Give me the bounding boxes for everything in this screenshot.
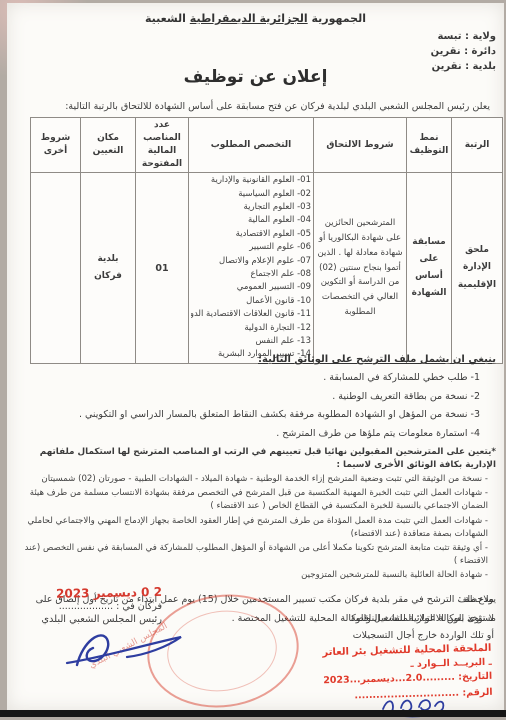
note-heading: ملاحظة :	[351, 591, 494, 608]
republic-heading: الجمهورية الجزائرية الديمقراطية الشعبية	[7, 12, 504, 25]
document-page: الجمهورية الجزائرية الديمقراطية الشعبية …	[7, 3, 504, 710]
signature-block: 2 0 ديسمبر 2023 فركان في : .............…	[37, 586, 162, 625]
admission-conditions-cell: المترشحين الحائزين على شهادة البكالوريا …	[314, 173, 407, 364]
announcement-title: إعلان عن توظيف	[7, 67, 504, 87]
header-other-conditions: شروط أخرى	[31, 118, 81, 173]
specializations-cell: 01- العلوم القانونية والإدارية 02- العلو…	[189, 173, 314, 364]
header-required-specialty: التخصص المطلوب	[189, 118, 314, 173]
intro-paragraph: يعلن رئيس المجلس الشعبي البلدي لبلدية فر…	[13, 101, 490, 112]
document-item: 4- استمارة معلومات يتم ملؤها من طرف المت…	[13, 425, 480, 444]
republic-pre: الجمهورية	[308, 12, 366, 25]
star-note: *يتعين على المترشحين المقبولين نهائيا قب…	[13, 446, 496, 472]
header-employment-mode: نمط التوظيف	[407, 118, 452, 173]
document-item: 2- نسخة من بطاقة التعريف الوطنية .	[13, 388, 480, 407]
note-block: ملاحظة : لا تؤخذ بعين الاعتبار الملفات ا…	[351, 591, 494, 644]
republic-post: الشعبية	[145, 12, 190, 25]
signature-scribble	[49, 621, 199, 679]
table-header-row: الرتبة نمط التوظيف شروط الالتحاق التخصص …	[31, 118, 503, 173]
specialization-item: 09- التسيير العمومي	[191, 281, 311, 294]
extra-document-item: - نسخة من الوثيقة التي تثبت وضعية المترش…	[13, 473, 488, 486]
date-stamp: 2 0 ديسمبر 2023	[37, 585, 162, 601]
header-rank: الرتبة	[452, 118, 503, 173]
documents-heading: ينبغي ان يشمل ملف الترشح على الوثائق الت…	[13, 354, 496, 365]
specialization-item: 11- قانون العلاقات الاقتصادية الدولية	[191, 308, 311, 321]
extra-document-item: - شهادات العمل التي تثبت مدة العمل المؤد…	[13, 515, 488, 541]
extra-document-item: - شهادات العمل التي تثبت الخبرة المهنية …	[13, 487, 488, 513]
specialization-item: 07- علوم الإعلام والاتصال	[191, 255, 311, 268]
specialization-item: 03- العلوم التجارية	[191, 201, 311, 214]
extra-document-item: - شهادة الحالة العائلية بالنسبة للمترشحي…	[13, 569, 488, 582]
specialization-item: 01- العلوم القانونية والإدارية	[191, 174, 311, 187]
specialization-item: 06- علوم التسيير	[191, 241, 311, 254]
positions-count-cell: 01	[136, 173, 189, 364]
daira-line: دائرة : نقرين	[431, 44, 496, 59]
place-date-line: فركان في : ..................	[37, 601, 162, 612]
other-conditions-cell	[31, 173, 81, 364]
specialization-item: 13- علم النفس	[191, 335, 311, 348]
header-assignment-place: مكان التعيين	[81, 118, 136, 173]
extra-document-item: - أي وثيقة تثبت متابعة المترشح تكوينا مك…	[13, 542, 488, 568]
document-item: 1- طلب خطي للمشاركة في المسابقة .	[13, 369, 480, 388]
specialization-item: 12- التجارة الدولية	[191, 322, 311, 335]
specialization-item: 10- قانون الأعمال	[191, 295, 311, 308]
scanned-photo-background: الجمهورية الجزائرية الديمقراطية الشعبية …	[0, 0, 506, 720]
assignment-place-cell: بلدية فركان	[81, 173, 136, 364]
note-line: لا تؤخذ بعين الاعتبار الملفات الناقصة	[351, 610, 494, 627]
rank-cell: ملحق الإدارة الإقليمية	[452, 173, 503, 364]
header-admission-conditions: شروط الالتحاق	[314, 118, 407, 173]
specialization-item: 08- علم الاجتماع	[191, 268, 311, 281]
scan-edge-band	[0, 710, 506, 717]
specialization-item: 05- العلوم الاقتصادية	[191, 228, 311, 241]
specialization-item: 04- العلوم المالية	[191, 214, 311, 227]
table-row: ملحق الإدارة الإقليمية مسابقة على أساس ا…	[31, 173, 503, 364]
specialization-item: 02- العلوم السياسية	[191, 188, 311, 201]
employment-mode-cell: مسابقة على أساس الشهادة	[407, 173, 452, 364]
republic-underlined: الجزائرية الديمقراطية	[190, 12, 308, 25]
recruitment-table: الرتبة نمط التوظيف شروط الالتحاق التخصص …	[30, 117, 503, 364]
wilaya-line: ولاية : تبسة	[431, 29, 496, 44]
header-open-positions: عدد المناصب المالية المفتوحة	[136, 118, 189, 173]
document-item: 3- نسخة من المؤهل او الشهادة المطلوبة مر…	[13, 406, 480, 425]
